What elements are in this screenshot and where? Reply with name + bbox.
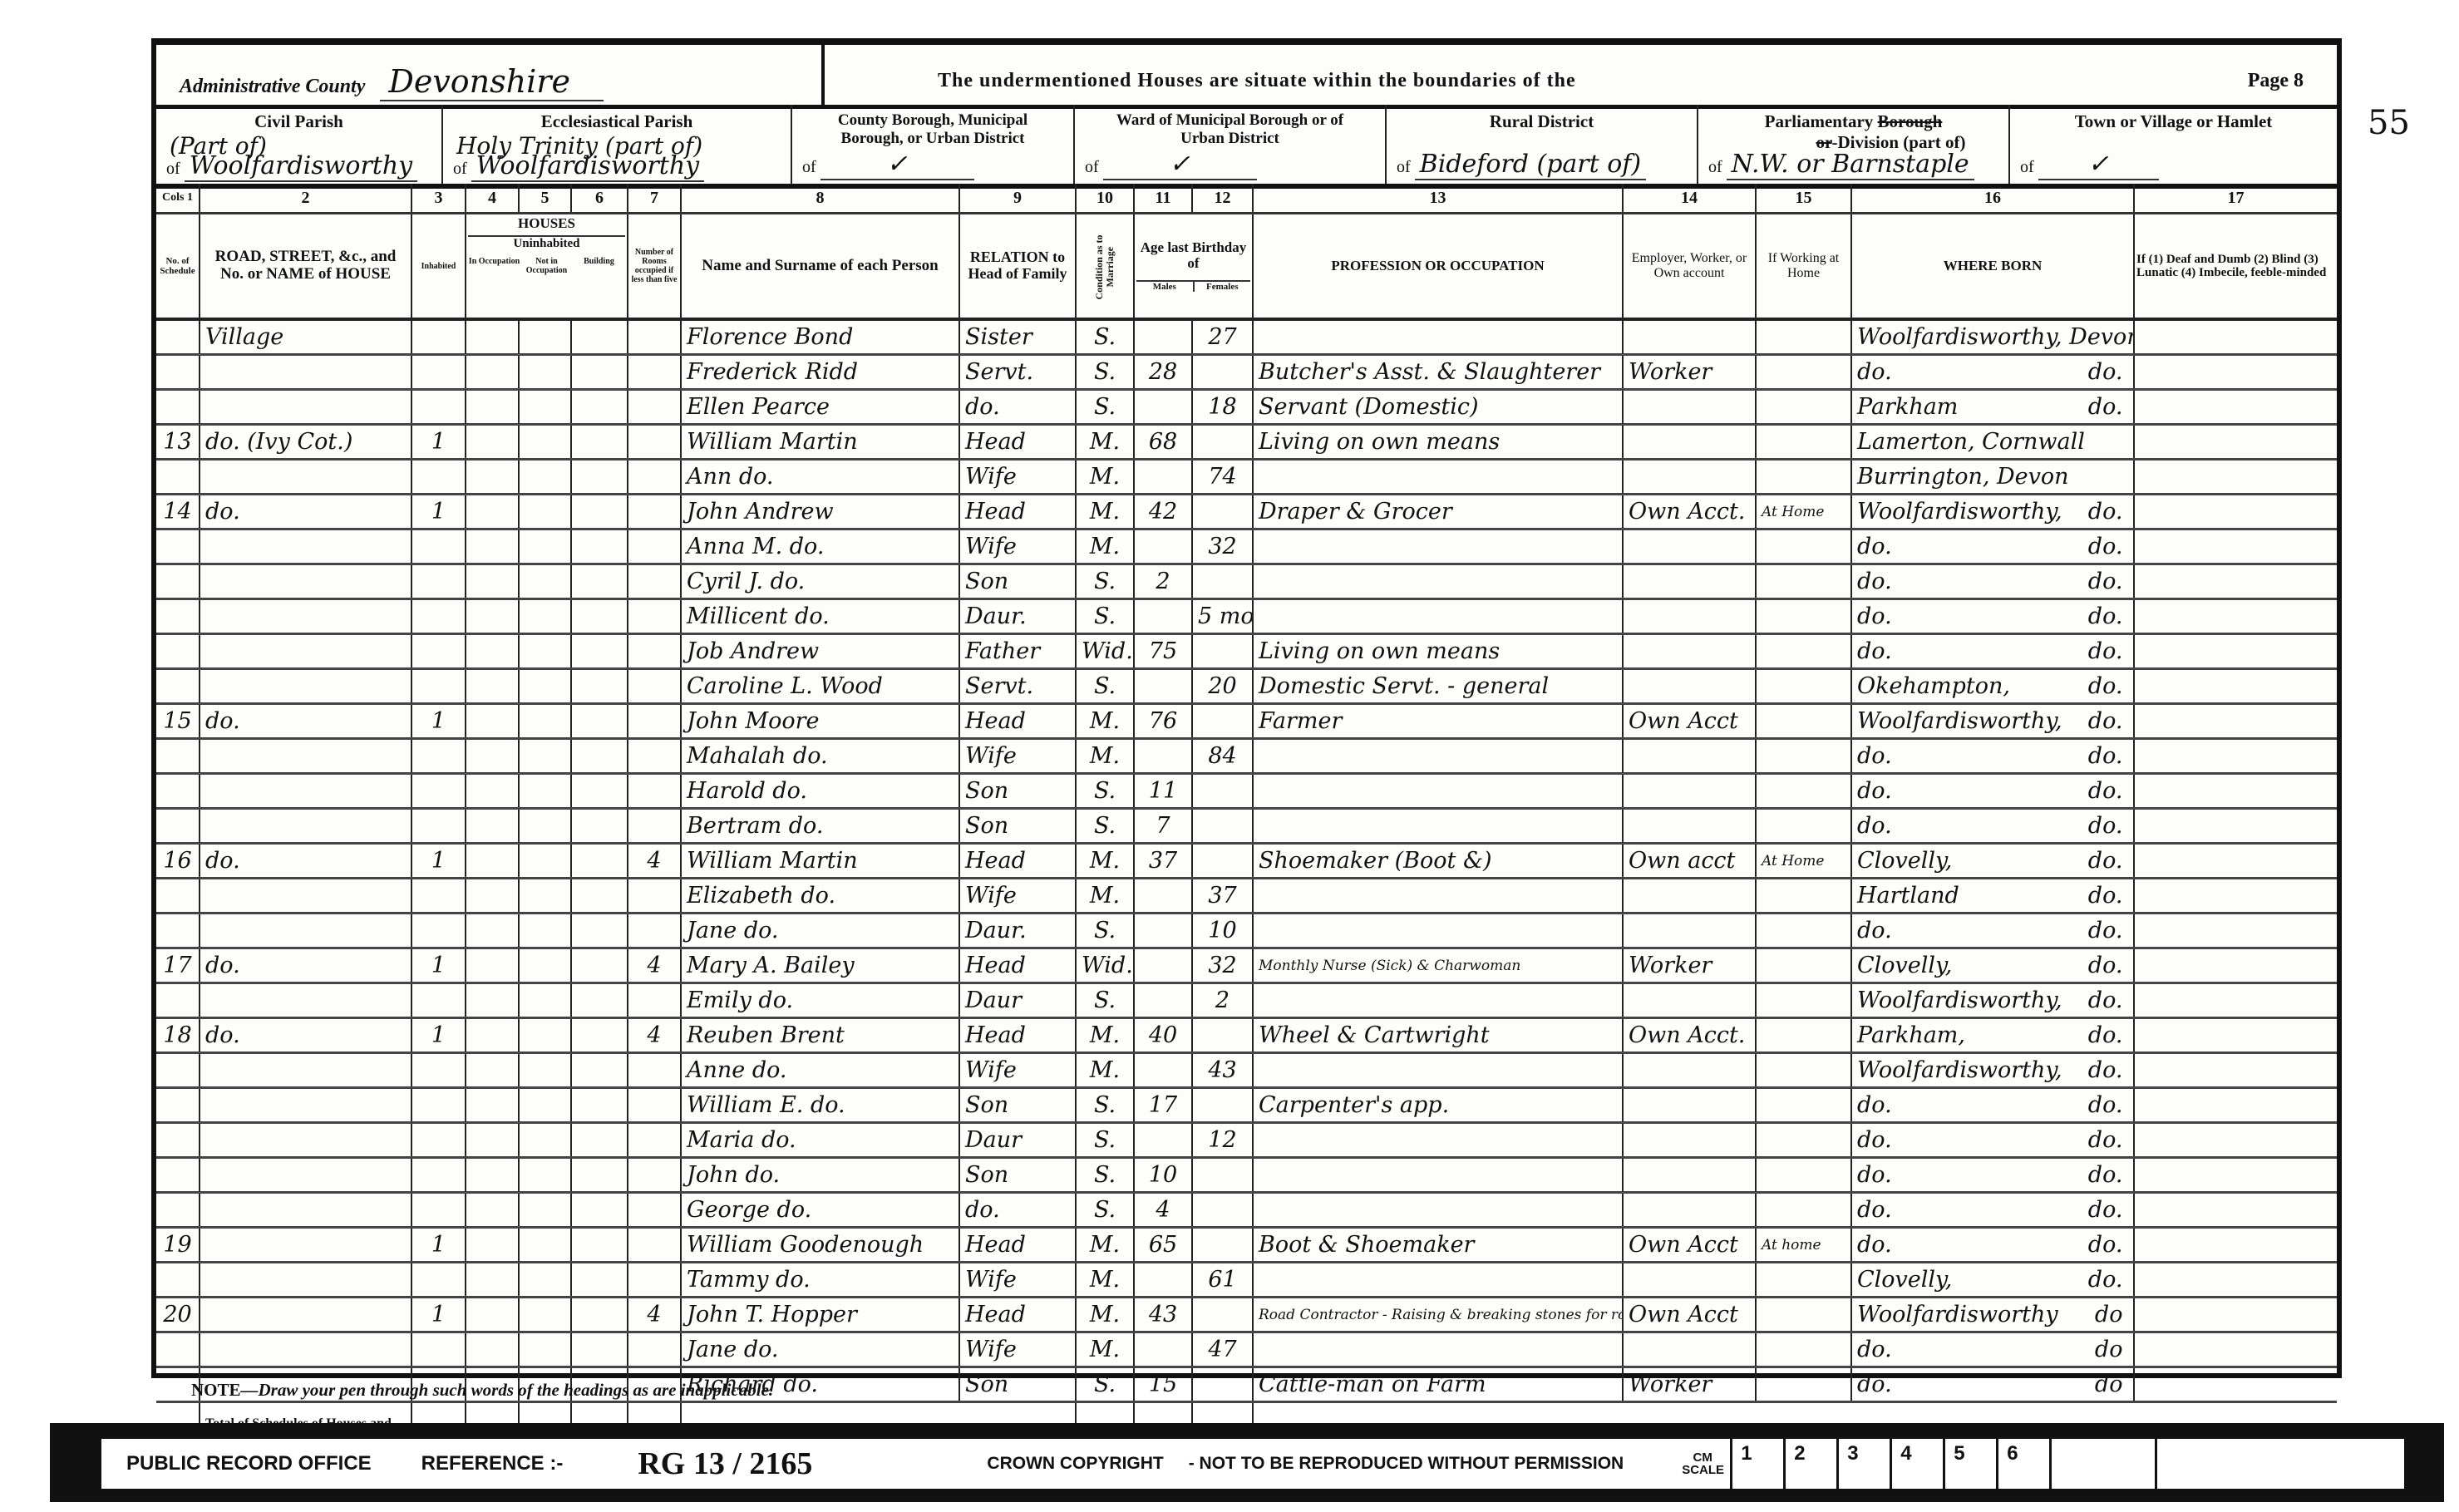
employment-status: Worker (1623, 1367, 1756, 1402)
road-or-house (200, 564, 411, 599)
in-occupation (466, 1158, 519, 1193)
female-age: 32 (1192, 529, 1253, 564)
condition: M. (1076, 1228, 1134, 1263)
birth-county: do. (2047, 743, 2122, 769)
road-or-house (200, 983, 411, 1018)
relation: Son (959, 1367, 1076, 1402)
in-occupation (466, 319, 519, 355)
rooms (628, 1263, 681, 1298)
road-or-house (200, 879, 411, 914)
in-occupation (466, 634, 519, 669)
male-age (1134, 1053, 1192, 1088)
rooms (628, 809, 681, 844)
table-row: Harold do.SonS.11do.do. (156, 774, 2337, 809)
working-at-home (1756, 425, 1851, 460)
relation: Son (959, 564, 1076, 599)
inhabited (411, 355, 466, 390)
inhabited: 1 (411, 1298, 466, 1332)
building (571, 879, 628, 914)
reproduction-notice: - NOT TO BE REPRODUCED WITHOUT PERMISSIO… (1189, 1454, 1624, 1474)
inhabited (411, 460, 466, 495)
infirmity (2134, 1228, 2337, 1263)
not-in-occupation (519, 844, 571, 879)
not-in-occupation (519, 774, 571, 809)
occupation: Carpenter's app. (1253, 1088, 1623, 1123)
not-in-occupation (519, 495, 571, 529)
birth-county: do. (2047, 394, 2122, 420)
person-name: Anna M. do. (681, 529, 959, 564)
rooms (628, 983, 681, 1018)
road-or-house: do. (200, 704, 411, 739)
male-age: 4 (1134, 1193, 1192, 1228)
schedule-number (156, 564, 200, 599)
female-age (1192, 1158, 1253, 1193)
inhabited: 1 (411, 495, 466, 529)
rooms: 4 (628, 844, 681, 879)
working-at-home (1756, 1298, 1851, 1332)
employment-status: Worker (1623, 355, 1756, 390)
schedule-number: 13 (156, 425, 200, 460)
road-or-house: do. (200, 495, 411, 529)
condition: S. (1076, 1367, 1134, 1402)
header-males: Males (1136, 282, 1193, 292)
not-in-occupation (519, 1018, 571, 1053)
rooms (628, 564, 681, 599)
of-label: of (802, 158, 816, 176)
building (571, 914, 628, 948)
schedule-number (156, 390, 200, 425)
in-occupation (466, 1193, 519, 1228)
birth-place: do. (1857, 603, 2047, 629)
where-born: Lamerton, Cornwall (1851, 425, 2134, 460)
male-age (1134, 914, 1192, 948)
female-age (1192, 1298, 1253, 1332)
col-number: 5 (519, 184, 571, 214)
birth-county: do. (2047, 778, 2122, 804)
person-name: Bertram do. (681, 809, 959, 844)
condition: M. (1076, 460, 1134, 495)
person-name: Mahalah do. (681, 739, 959, 774)
struck-word: Borough (1878, 111, 1943, 131)
infirmity (2134, 669, 2337, 704)
schedule-number (156, 529, 200, 564)
table-row: VillageFlorence BondSisterS.27Woolfardis… (156, 319, 2337, 355)
male-age: 65 (1134, 1228, 1192, 1263)
reference-label: REFERENCE :- (421, 1452, 564, 1475)
female-age (1192, 704, 1253, 739)
where-born: Woolfardisworthy, Devon (1851, 319, 2134, 355)
header-employer: Employer, Worker, or Own account (1623, 214, 1756, 320)
male-age: 10 (1134, 1158, 1192, 1193)
working-at-home (1756, 809, 1851, 844)
header-age-label: Age last Birthday of (1136, 240, 1250, 271)
building (571, 390, 628, 425)
working-at-home (1756, 669, 1851, 704)
male-age: 40 (1134, 1018, 1192, 1053)
condition: S. (1076, 599, 1134, 634)
of-label: of (1085, 158, 1099, 176)
schedule-number (156, 1332, 200, 1367)
person-name: Ellen Pearce (681, 390, 959, 425)
building (571, 704, 628, 739)
working-at-home (1756, 1123, 1851, 1158)
birth-place: do. (1857, 638, 2047, 664)
record-office: PUBLIC RECORD OFFICE (126, 1452, 372, 1475)
working-at-home (1756, 1053, 1851, 1088)
occupation: Boot & Shoemaker (1253, 1228, 1623, 1263)
occupation: Living on own means (1253, 634, 1623, 669)
infirmity (2134, 1193, 2337, 1228)
where-born: Hartlanddo. (1851, 879, 2134, 914)
where-born: do.do (1851, 1332, 2134, 1367)
not-in-occupation (519, 739, 571, 774)
not-in-occupation (519, 948, 571, 983)
birth-place: Woolfardisworthy, (1857, 1057, 2047, 1083)
infirmity (2134, 704, 2337, 739)
building (571, 1158, 628, 1193)
inhabited (411, 1088, 466, 1123)
column-numbers: Cols 1 2 3 4 5 6 7 8 9 10 11 12 13 14 15… (156, 184, 2337, 214)
footer-strip: PUBLIC RECORD OFFICE REFERENCE :- RG 13 … (101, 1435, 2404, 1493)
infirmity (2134, 390, 2337, 425)
occupation: Farmer (1253, 704, 1623, 739)
in-occupation (466, 774, 519, 809)
where-born: Woolfardisworthy,do. (1851, 495, 2134, 529)
employment-status (1623, 425, 1756, 460)
occupation (1253, 914, 1623, 948)
infirmity (2134, 495, 2337, 529)
working-at-home (1756, 599, 1851, 634)
male-age: 2 (1134, 564, 1192, 599)
col-number: 16 (1851, 184, 2134, 214)
relation: do. (959, 390, 1076, 425)
not-in-occupation (519, 529, 571, 564)
rooms (628, 634, 681, 669)
in-occupation (466, 1332, 519, 1367)
birth-place: Lamerton, Cornwall (1857, 429, 2047, 455)
relation: Wife (959, 739, 1076, 774)
inhabited: 1 (411, 425, 466, 460)
person-name: John Andrew (681, 495, 959, 529)
birth-county: do. (2047, 708, 2122, 734)
where-born: do.do. (1851, 1088, 2134, 1123)
relation: Wife (959, 1332, 1076, 1367)
employment-status (1623, 319, 1756, 355)
in-occupation (466, 425, 519, 460)
table-row: Emily do.DaurS.2Woolfardisworthy,do. (156, 983, 2337, 1018)
schedule-number: 14 (156, 495, 200, 529)
relation: Head (959, 1298, 1076, 1332)
female-age (1192, 1088, 1253, 1123)
age-subheads: Males Females (1136, 280, 1250, 292)
inhabited (411, 914, 466, 948)
occupation (1253, 564, 1623, 599)
employment-status (1623, 529, 1756, 564)
rooms (628, 669, 681, 704)
where-born: Woolfardisworthy,do. (1851, 983, 2134, 1018)
scale-mark: 1 (1730, 1439, 1783, 1489)
male-age (1134, 529, 1192, 564)
rooms (628, 529, 681, 564)
schedule-number (156, 634, 200, 669)
table-row: Job AndrewFatherWid.75Living on own mean… (156, 634, 2337, 669)
in-occupation (466, 1123, 519, 1158)
building (571, 1298, 628, 1332)
infirmity (2134, 774, 2337, 809)
male-age (1134, 669, 1192, 704)
person-name: Emily do. (681, 983, 959, 1018)
employment-status (1623, 564, 1756, 599)
female-age (1192, 809, 1253, 844)
relation: Father (959, 634, 1076, 669)
rooms (628, 1088, 681, 1123)
person-name: John T. Hopper (681, 1298, 959, 1332)
scale-label: CM SCALE (1682, 1451, 1723, 1476)
female-age (1192, 425, 1253, 460)
person-name: John Moore (681, 704, 959, 739)
building (571, 460, 628, 495)
inhabited: 1 (411, 1228, 466, 1263)
parliamentary-division-value: N.W. or Barnstaple (1727, 150, 1974, 180)
condition: S. (1076, 1158, 1134, 1193)
person-name: Caroline L. Wood (681, 669, 959, 704)
condition: M. (1076, 1053, 1134, 1088)
header-top: Administrative County Devonshire The und… (156, 45, 2337, 109)
road-or-house (200, 390, 411, 425)
in-occupation (466, 669, 519, 704)
county-borough-label: County Borough, Municipal Borough, or Ur… (792, 111, 1073, 148)
relation: Head (959, 948, 1076, 983)
birth-place: do. (1857, 1372, 2047, 1397)
building (571, 1018, 628, 1053)
table-row: Jane do.WifeM.47do.do (156, 1332, 2337, 1367)
female-age: 84 (1192, 739, 1253, 774)
header-in-occupation: In Occupation (468, 257, 520, 275)
census-sheet: Administrative County Devonshire The und… (151, 38, 2342, 1378)
employment-status (1623, 669, 1756, 704)
in-occupation (466, 1263, 519, 1298)
road-or-house (200, 1263, 411, 1298)
header-divisions: Civil Parish (Part of) of Woolfardiswort… (156, 105, 2337, 189)
where-born: Woolfardisworthy,do. (1851, 1053, 2134, 1088)
in-occupation (466, 599, 519, 634)
not-in-occupation (519, 425, 571, 460)
admin-county-value: Devonshire (380, 63, 604, 101)
table-row: 16do.14William MartinHeadM.37Shoemaker (… (156, 844, 2337, 879)
working-at-home (1756, 983, 1851, 1018)
female-age: 43 (1192, 1053, 1253, 1088)
birth-county: do. (2047, 638, 2122, 664)
relation: Head (959, 1228, 1076, 1263)
rooms (628, 1332, 681, 1367)
not-in-occupation (519, 1053, 571, 1088)
rural-district: Rural District of Bideford (part of) (1387, 105, 1698, 184)
schedule-number (156, 355, 200, 390)
table-row: 2014John T. HopperHeadM.43Road Contracto… (156, 1298, 2337, 1332)
header-relation: RELATION to Head of Family (959, 214, 1076, 320)
infirmity (2134, 1088, 2337, 1123)
condition: S. (1076, 1193, 1134, 1228)
infirmity (2134, 319, 2337, 355)
in-occupation (466, 495, 519, 529)
census-rows: VillageFlorence BondSisterS.27Woolfardis… (156, 319, 2337, 1402)
female-age (1192, 355, 1253, 390)
birth-county: do. (2047, 1267, 2122, 1293)
schedule-number (156, 774, 200, 809)
not-in-occupation (519, 564, 571, 599)
birth-county: do. (2047, 534, 2122, 559)
occupation (1253, 319, 1623, 355)
birth-place: Parkham, (1857, 1022, 2047, 1048)
relation: Wife (959, 460, 1076, 495)
male-age (1134, 948, 1192, 983)
occupation (1253, 809, 1623, 844)
building (571, 1193, 628, 1228)
birth-place: do. (1857, 534, 2047, 559)
condition: M. (1076, 844, 1134, 879)
not-in-occupation (519, 704, 571, 739)
inhabited (411, 1263, 466, 1298)
person-name: William Martin (681, 425, 959, 460)
road-or-house (200, 1158, 411, 1193)
table-row: John do.SonS.10do.do. (156, 1158, 2337, 1193)
scale-mark: 5 (1943, 1439, 1996, 1489)
where-born: do.do. (1851, 914, 2134, 948)
male-age: 28 (1134, 355, 1192, 390)
in-occupation (466, 390, 519, 425)
col-number: 9 (959, 184, 1076, 214)
where-born: do.do. (1851, 529, 2134, 564)
building (571, 634, 628, 669)
infirmity (2134, 844, 2337, 879)
col-number: 8 (681, 184, 959, 214)
female-age: 2 (1192, 983, 1253, 1018)
occupation (1253, 1263, 1623, 1298)
occupation (1253, 1158, 1623, 1193)
working-at-home (1756, 1158, 1851, 1193)
employment-status: Own Acct (1623, 1228, 1756, 1263)
where-born: Parkhamdo. (1851, 390, 2134, 425)
road-or-house (200, 355, 411, 390)
ecclesiastical-parish-label: Ecclesiastical Parish (443, 111, 791, 132)
col-number: 14 (1623, 184, 1756, 214)
schedule-number (156, 1123, 200, 1158)
road-or-house (200, 1332, 411, 1367)
birth-place: do. (1857, 1337, 2047, 1362)
where-born: Clovelly,do. (1851, 844, 2134, 879)
occupation: Cattle-man on Farm (1253, 1367, 1623, 1402)
road-or-house (200, 669, 411, 704)
road-or-house (200, 1298, 411, 1332)
infirmity (2134, 425, 2337, 460)
infirmity (2134, 739, 2337, 774)
occupation (1253, 529, 1623, 564)
road-or-house: do. (200, 948, 411, 983)
birth-place: do. (1857, 813, 2047, 839)
employment-status: Own Acct (1623, 1298, 1756, 1332)
table-row: 17do.14Mary A. BaileyHeadWid.32Monthly N… (156, 948, 2337, 983)
road-or-house (200, 1088, 411, 1123)
not-in-occupation (519, 1263, 571, 1298)
rooms (628, 460, 681, 495)
not-in-occupation (519, 809, 571, 844)
female-age: 10 (1192, 914, 1253, 948)
male-age (1134, 739, 1192, 774)
condition: M. (1076, 1298, 1134, 1332)
birth-county: do. (2047, 603, 2122, 629)
header-inhabited: Inhabited (411, 214, 466, 320)
where-born: do.do. (1851, 774, 2134, 809)
schedule-number (156, 914, 200, 948)
header-road: ROAD, STREET, &c., and No. or NAME of HO… (200, 214, 411, 320)
col-number: 2 (200, 184, 411, 214)
male-age (1134, 319, 1192, 355)
male-age: 15 (1134, 1367, 1192, 1402)
occupation: Draper & Grocer (1253, 495, 1623, 529)
birth-place: Woolfardisworthy, (1857, 708, 2047, 734)
schedule-number: 20 (156, 1298, 200, 1332)
relation: Head (959, 425, 1076, 460)
in-occupation (466, 1298, 519, 1332)
schedule-number (156, 1158, 200, 1193)
parliamentary-label-text: Parliamentary (1765, 111, 1878, 131)
working-at-home (1756, 1367, 1851, 1402)
where-born: do.do. (1851, 564, 2134, 599)
relation: Wife (959, 1263, 1076, 1298)
inhabited: 1 (411, 1018, 466, 1053)
rooms (628, 704, 681, 739)
header-where-born: WHERE BORN (1851, 214, 2134, 320)
relation: Daur. (959, 599, 1076, 634)
occupation (1253, 739, 1623, 774)
not-in-occupation (519, 599, 571, 634)
parliamentary-division: Parliamentary Borough or-Division (part … (1698, 105, 2010, 184)
birth-county: do (2047, 1302, 2122, 1327)
condition: M. (1076, 879, 1134, 914)
female-age (1192, 844, 1253, 879)
rooms (628, 1123, 681, 1158)
relation: do. (959, 1193, 1076, 1228)
rooms (628, 1158, 681, 1193)
person-name: William Goodenough (681, 1228, 959, 1263)
schedule-number: 17 (156, 948, 200, 983)
rooms (628, 914, 681, 948)
rooms (628, 495, 681, 529)
employment-status (1623, 914, 1756, 948)
header-condition: Condition as to Marriage (1076, 214, 1134, 320)
rooms (628, 774, 681, 809)
header-houses-uninhabited: HOUSES Uninhabited In Occupation Not in … (466, 214, 628, 320)
building (571, 1088, 628, 1123)
in-occupation (466, 355, 519, 390)
working-at-home (1756, 319, 1851, 355)
infirmity (2134, 529, 2337, 564)
female-age: 5 mo (1192, 599, 1253, 634)
female-age: 20 (1192, 669, 1253, 704)
inhabited: 1 (411, 948, 466, 983)
relation: Head (959, 704, 1076, 739)
table-row: Cyril J. do.SonS.2do.do. (156, 564, 2337, 599)
employment-status (1623, 809, 1756, 844)
female-age: 47 (1192, 1332, 1253, 1367)
schedule-number (156, 1053, 200, 1088)
employment-status (1623, 1158, 1756, 1193)
condition: M. (1076, 425, 1134, 460)
occupation: Butcher's Asst. & Slaughterer (1253, 355, 1623, 390)
working-at-home (1756, 564, 1851, 599)
table-row: Caroline L. WoodServt.S.20Domestic Servt… (156, 669, 2337, 704)
table-row: William E. do.SonS.17Carpenter's app.do.… (156, 1088, 2337, 1123)
